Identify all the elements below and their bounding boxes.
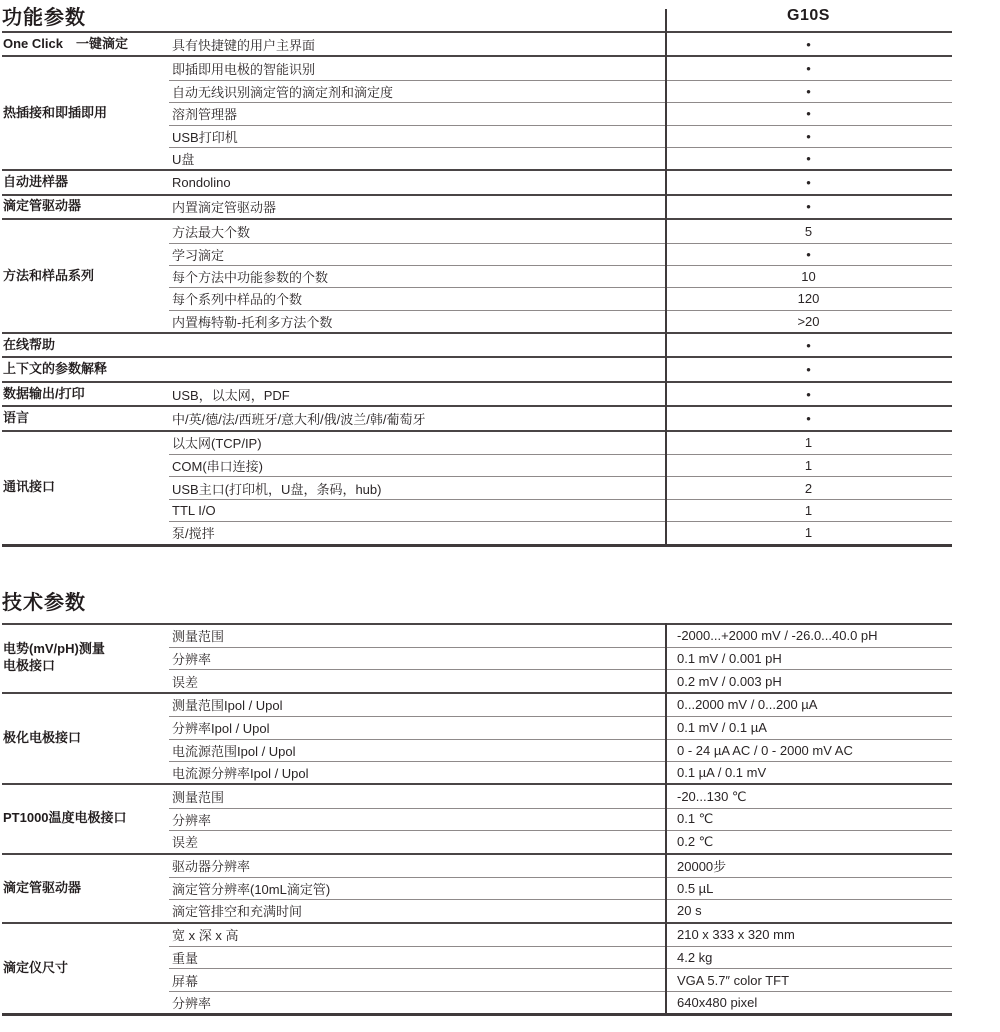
category-label: 在线帮助 (3, 337, 169, 354)
category-label: 滴定管驱动器 (3, 198, 169, 215)
group-rows: USB，以太网，PDF• (169, 383, 952, 405)
spec-value-cell: -2000...+2000 mV / -26.0...40.0 pH (665, 628, 952, 643)
spec-group: 数据输出/打印USB，以太网，PDF• (2, 381, 952, 405)
spec-label-cell: 测量范围 (169, 626, 665, 645)
spec-label-cell: 溶剂管理器 (169, 104, 665, 123)
technical-section-header: 技术参数 (2, 583, 952, 623)
spec-table-technical: 电势(mV/pH)测量电极接口测量范围-2000...+2000 mV / -2… (2, 623, 952, 1017)
table-row: 内置梅特勒-托利多方法个数>20 (169, 310, 952, 332)
spec-label-cell: 滴定管分辨率(10mL滴定管) (169, 879, 665, 898)
group-rows: 驱动器分辨率20000步滴定管分辨率(10mL滴定管)0.5 µL滴定管排空和充… (169, 855, 952, 922)
table-row: 分辨率0.1 ℃ (169, 808, 952, 830)
table-row: 测量范围Ipol / Upol0...2000 mV / 0...200 µA (169, 694, 952, 716)
spec-label-cell: 即插即用电极的智能识别 (169, 59, 665, 78)
table-row: 具有快捷键的用户主界面• (169, 33, 952, 55)
table-row: 分辨率0.1 mV / 0.001 pH (169, 647, 952, 669)
category-label: 通讯接口 (3, 479, 169, 496)
table-row: TTL I/O1 (169, 499, 952, 521)
spec-label-cell: 每个系列中样品的个数 (169, 289, 665, 308)
table-row: 电流源分辨率Ipol / Upol0.1 µA / 0.1 mV (169, 761, 952, 783)
group-rows: • (169, 358, 952, 380)
category-label: 热插接和即插即用 (3, 105, 169, 122)
section-functional-parameters: 功能参数 G10S One Click 一键滴定具有快捷键的用户主界面•热插接和… (2, 6, 952, 547)
spec-label-cell: 测量范围Ipol / Upol (169, 695, 665, 714)
group-rows: Rondolino• (169, 171, 952, 193)
table-row: 学习滴定• (169, 243, 952, 265)
spec-value-cell: • (665, 129, 952, 144)
spec-label-cell: 分辨率Ipol / Upol (169, 718, 665, 737)
category-label: 数据输出/打印 (3, 386, 169, 403)
category-label: 上下文的参数解释 (3, 361, 169, 378)
group-rows: 中/英/德/法/西班牙/意大利/俄/波兰/韩/葡萄牙• (169, 407, 952, 429)
spec-label-cell: 自动无线识别滴定管的滴定剂和滴定度 (169, 82, 665, 101)
spec-value-cell: • (665, 84, 952, 99)
category-label: 滴定仪尺寸 (3, 960, 169, 977)
spec-group: 滴定管驱动器内置滴定管驱动器• (2, 194, 952, 218)
spec-label-cell: 分辨率 (169, 810, 665, 829)
spec-group: PT1000温度电极接口测量范围-20...130 ℃分辨率0.1 ℃误差0.2… (2, 783, 952, 852)
spec-label-cell: 学习滴定 (169, 245, 665, 264)
table-row: 电流源范围Ipol / Upol0 - 24 µA AC / 0 - 2000 … (169, 739, 952, 761)
category-label: 电极接口 (3, 658, 169, 675)
category-label: 方法和样品系列 (3, 268, 169, 285)
spec-group: 通讯接口以太网(TCP/IP)1COM(串口连接)1USB主口(打印机，U盘，条… (2, 430, 952, 544)
spec-value-cell: • (665, 338, 952, 353)
spec-label-cell: 每个方法中功能参数的个数 (169, 267, 665, 286)
table-row: 误差0.2 mV / 0.003 pH (169, 669, 952, 691)
spec-label-cell: 中/英/德/法/西班牙/意大利/俄/波兰/韩/葡萄牙 (169, 409, 665, 428)
table-row: USB主口(打印机，U盘，条码，hub)2 (169, 476, 952, 498)
spec-value-cell: • (665, 175, 952, 190)
spec-group: 自动进样器Rondolino• (2, 169, 952, 193)
spec-value-cell: 1 (665, 503, 952, 518)
table-row: 宽 x 深 x 高210 x 333 x 320 mm (169, 924, 952, 946)
category-label: PT1000温度电极接口 (3, 810, 169, 827)
category-cell: 上下文的参数解释 (2, 358, 169, 380)
spec-value-cell: • (665, 387, 952, 402)
group-rows: 方法最大个数5学习滴定•每个方法中功能参数的个数10每个系列中样品的个数120内… (169, 220, 952, 332)
table-row: 自动无线识别滴定管的滴定剂和滴定度• (169, 80, 952, 102)
spec-value-cell: 5 (665, 224, 952, 239)
spec-label-cell: Rondolino (169, 175, 665, 190)
section-title-technical: 技术参数 (2, 586, 86, 615)
table-row: USB打印机• (169, 125, 952, 147)
category-label: One Click 一键滴定 (3, 36, 169, 53)
table-row: 中/英/德/法/西班牙/意大利/俄/波兰/韩/葡萄牙• (169, 407, 952, 429)
table-row: USB，以太网，PDF• (169, 383, 952, 405)
spec-group: 在线帮助• (2, 332, 952, 356)
spec-value-cell: • (665, 411, 952, 426)
spec-label-cell: U盘 (169, 149, 665, 168)
spec-value-cell: 0.1 ℃ (665, 811, 952, 827)
spec-label-cell: 驱动器分辨率 (169, 856, 665, 875)
table-row: • (169, 334, 952, 356)
spec-value-cell: • (665, 151, 952, 166)
group-rows: 即插即用电极的智能识别•自动无线识别滴定管的滴定剂和滴定度•溶剂管理器•USB打… (169, 57, 952, 169)
table-row: 屏幕VGA 5.7″ color TFT (169, 968, 952, 990)
table-row: 重量4.2 kg (169, 946, 952, 968)
spec-label-cell: 重量 (169, 948, 665, 967)
spec-group: 极化电极接口测量范围Ipol / Upol0...2000 mV / 0...2… (2, 692, 952, 784)
spec-label-cell: COM(串口连接) (169, 456, 665, 475)
spec-label-cell: 误差 (169, 672, 665, 691)
spec-group: 电势(mV/pH)测量电极接口测量范围-2000...+2000 mV / -2… (2, 623, 952, 692)
group-rows: 测量范围-20...130 ℃分辨率0.1 ℃误差0.2 ℃ (169, 785, 952, 852)
spec-label-cell: 内置梅特勒-托利多方法个数 (169, 312, 665, 331)
spec-value-cell: VGA 5.7″ color TFT (665, 973, 952, 988)
category-cell: 自动进样器 (2, 171, 169, 193)
table-row: 测量范围-2000...+2000 mV / -26.0...40.0 pH (169, 625, 952, 647)
spec-value-cell: 0.1 µA / 0.1 mV (665, 765, 952, 780)
category-cell: 热插接和即插即用 (2, 57, 169, 169)
product-column-header: G10S (665, 7, 952, 25)
category-cell: PT1000温度电极接口 (2, 785, 169, 852)
group-rows: 内置滴定管驱动器• (169, 196, 952, 218)
spec-table-functional: One Click 一键滴定具有快捷键的用户主界面•热插接和即插即用即插即用电极… (2, 31, 952, 547)
category-label: 电势(mV/pH)测量 (3, 641, 169, 658)
spec-value-cell: 0.1 mV / 0.1 µA (665, 720, 952, 735)
table-row: 内置滴定管驱动器• (169, 196, 952, 218)
spec-value-cell: -20...130 ℃ (665, 789, 952, 805)
spec-group: 热插接和即插即用即插即用电极的智能识别•自动无线识别滴定管的滴定剂和滴定度•溶剂… (2, 55, 952, 169)
spec-value-cell: 0.1 mV / 0.001 pH (665, 651, 952, 666)
category-cell: 数据输出/打印 (2, 383, 169, 405)
category-cell: 滴定仪尺寸 (2, 924, 169, 1014)
section-technical-parameters: 技术参数 电势(mV/pH)测量电极接口测量范围-2000...+2000 mV… (2, 583, 952, 1017)
spec-group: 上下文的参数解释• (2, 356, 952, 380)
spec-group: 方法和样品系列方法最大个数5学习滴定•每个方法中功能参数的个数10每个系列中样品… (2, 218, 952, 332)
spec-label-cell: TTL I/O (169, 503, 665, 518)
table-row: 分辨率640x480 pixel (169, 991, 952, 1013)
spec-value-cell: 1 (665, 458, 952, 473)
spec-label-cell: 具有快捷键的用户主界面 (169, 35, 665, 54)
table-row: 泵/搅拌1 (169, 521, 952, 543)
spec-value-cell: 1 (665, 525, 952, 540)
spec-label-cell: 测量范围 (169, 787, 665, 806)
spec-value-cell: • (665, 362, 952, 377)
table-row: 溶剂管理器• (169, 102, 952, 124)
table-row: 即插即用电极的智能识别• (169, 57, 952, 79)
spec-value-cell: 0.2 ℃ (665, 834, 952, 850)
spec-value-cell: • (665, 37, 952, 52)
spec-value-cell: 640x480 pixel (665, 995, 952, 1010)
spec-value-cell: 1 (665, 435, 952, 450)
group-rows: • (169, 334, 952, 356)
spec-label-cell: 方法最大个数 (169, 222, 665, 241)
category-cell: 滴定管驱动器 (2, 855, 169, 922)
spec-value-cell: • (665, 199, 952, 214)
group-rows: 以太网(TCP/IP)1COM(串口连接)1USB主口(打印机，U盘，条码，hu… (169, 432, 952, 544)
group-rows: 测量范围-2000...+2000 mV / -26.0...40.0 pH分辨… (169, 625, 952, 692)
category-cell: One Click 一键滴定 (2, 33, 169, 55)
page: 功能参数 G10S One Click 一键滴定具有快捷键的用户主界面•热插接和… (0, 0, 1000, 1032)
spec-group: 滴定管驱动器驱动器分辨率20000步滴定管分辨率(10mL滴定管)0.5 µL滴… (2, 853, 952, 922)
spec-label-cell: 误差 (169, 832, 665, 851)
table-row: 以太网(TCP/IP)1 (169, 432, 952, 454)
spec-value-cell: 0 - 24 µA AC / 0 - 2000 mV AC (665, 743, 952, 758)
table-row: • (169, 358, 952, 380)
spec-value-cell: 0.2 mV / 0.003 pH (665, 674, 952, 689)
category-cell: 电势(mV/pH)测量电极接口 (2, 625, 169, 692)
spec-value-cell: • (665, 106, 952, 121)
spec-value-cell: 0...2000 mV / 0...200 µA (665, 697, 952, 712)
spec-label-cell: USB主口(打印机，U盘，条码，hub) (169, 479, 665, 498)
spec-label-cell: 电流源范围Ipol / Upol (169, 741, 665, 760)
spec-label-cell: 泵/搅拌 (169, 523, 665, 542)
table-row: 方法最大个数5 (169, 220, 952, 242)
spec-value-cell: • (665, 247, 952, 262)
group-rows: 测量范围Ipol / Upol0...2000 mV / 0...200 µA分… (169, 694, 952, 784)
spec-label-cell: 电流源分辨率Ipol / Upol (169, 763, 665, 782)
category-cell: 方法和样品系列 (2, 220, 169, 332)
spec-value-cell: 20000步 (665, 856, 952, 875)
spec-value-cell: 0.5 µL (665, 881, 952, 896)
table-row: Rondolino• (169, 171, 952, 193)
category-cell: 滴定管驱动器 (2, 196, 169, 218)
table-row: 每个系列中样品的个数120 (169, 287, 952, 309)
category-cell: 通讯接口 (2, 432, 169, 544)
table-row: COM(串口连接)1 (169, 454, 952, 476)
spec-label-cell: USB打印机 (169, 127, 665, 146)
table-row: 每个方法中功能参数的个数10 (169, 265, 952, 287)
spec-label-cell: 分辨率 (169, 993, 665, 1012)
spec-group: 滴定仪尺寸宽 x 深 x 高210 x 333 x 320 mm重量4.2 kg… (2, 922, 952, 1014)
table-row: 滴定管分辨率(10mL滴定管)0.5 µL (169, 877, 952, 899)
table-row: 驱动器分辨率20000步 (169, 855, 952, 877)
spec-value-cell: 4.2 kg (665, 950, 952, 965)
category-cell: 语言 (2, 407, 169, 429)
table-row: 分辨率Ipol / Upol0.1 mV / 0.1 µA (169, 716, 952, 738)
spec-label-cell: 滴定管排空和充满时间 (169, 901, 665, 920)
table-row: 测量范围-20...130 ℃ (169, 785, 952, 807)
category-label: 滴定管驱动器 (3, 880, 169, 897)
group-rows: 具有快捷键的用户主界面• (169, 33, 952, 55)
table-row: U盘• (169, 147, 952, 169)
spec-value-cell: • (665, 61, 952, 76)
group-rows: 宽 x 深 x 高210 x 333 x 320 mm重量4.2 kg屏幕VGA… (169, 924, 952, 1014)
spec-value-cell: 210 x 333 x 320 mm (665, 927, 952, 942)
spec-value-cell: 120 (665, 291, 952, 306)
category-label: 极化电极接口 (3, 730, 169, 747)
category-label: 语言 (3, 410, 169, 427)
spec-value-cell: 10 (665, 269, 952, 284)
spec-label-cell: 以太网(TCP/IP) (169, 433, 665, 452)
column-divider (665, 9, 667, 547)
table-row: 误差0.2 ℃ (169, 830, 952, 852)
spec-group: One Click 一键滴定具有快捷键的用户主界面• (2, 31, 952, 55)
spec-label-cell: 屏幕 (169, 971, 665, 990)
category-cell: 极化电极接口 (2, 694, 169, 784)
category-cell: 在线帮助 (2, 334, 169, 356)
table-row: 滴定管排空和充满时间20 s (169, 899, 952, 921)
category-label: 自动进样器 (3, 174, 169, 191)
spec-group: 语言中/英/德/法/西班牙/意大利/俄/波兰/韩/葡萄牙• (2, 405, 952, 429)
functional-section-header: 功能参数 G10S (2, 6, 952, 31)
spec-label-cell: 内置滴定管驱动器 (169, 197, 665, 216)
spec-value-cell: >20 (665, 314, 952, 329)
spec-label-cell: 分辨率 (169, 649, 665, 668)
spec-value-cell: 2 (665, 481, 952, 496)
column-divider (665, 623, 667, 1014)
spec-label-cell: USB，以太网，PDF (169, 385, 665, 404)
spec-value-cell: 20 s (665, 903, 952, 918)
spec-label-cell: 宽 x 深 x 高 (169, 925, 665, 944)
